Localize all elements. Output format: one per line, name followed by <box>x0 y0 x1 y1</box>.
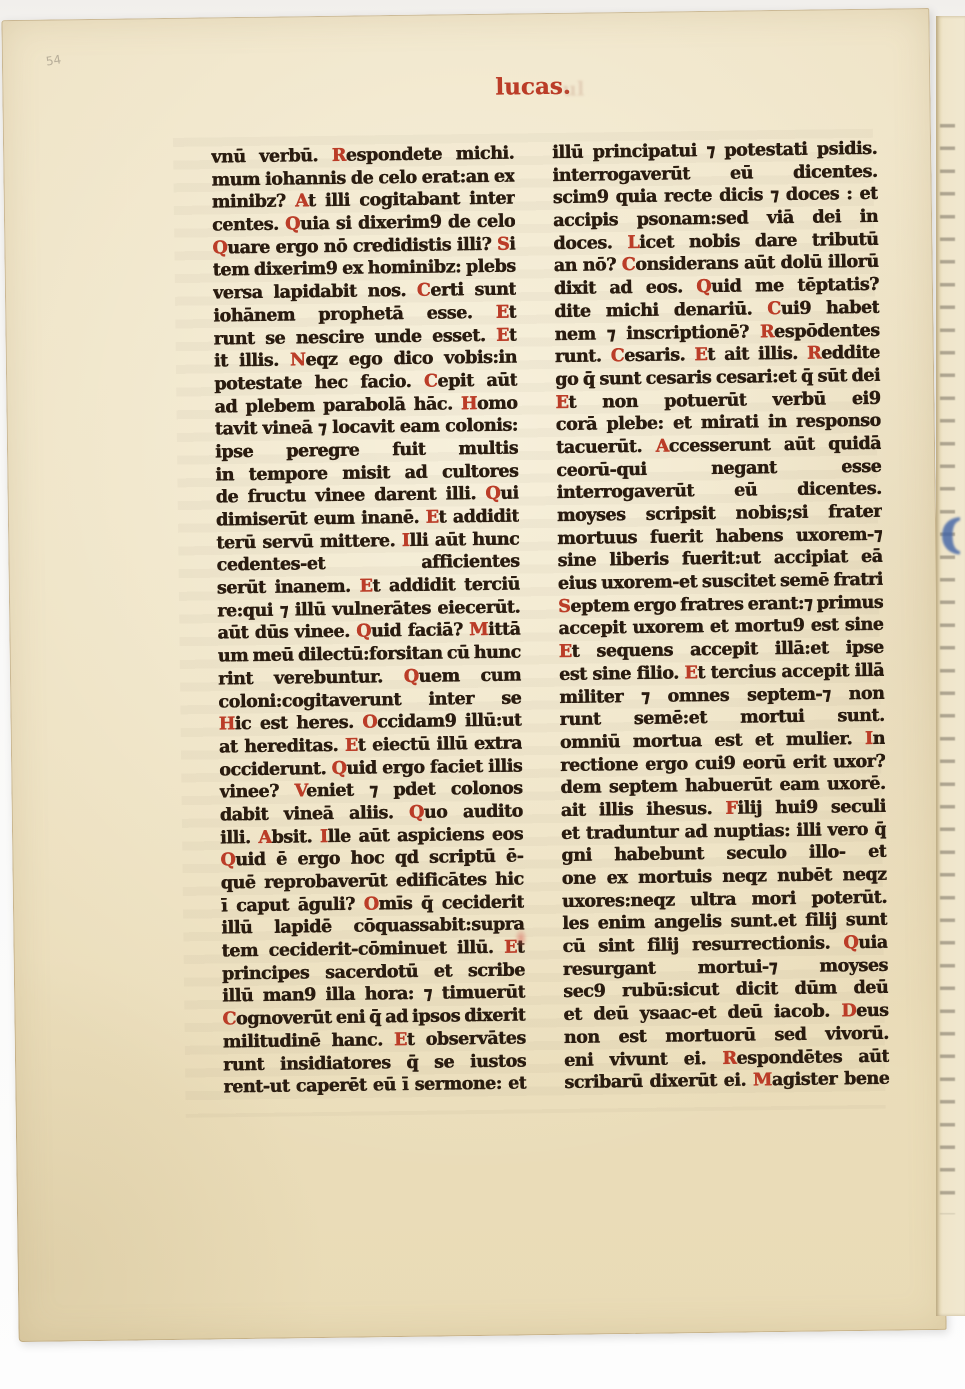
rubricated-initial: Q <box>485 484 500 504</box>
next-leaf-text-showthrough <box>940 124 955 1214</box>
rubricated-initial: E <box>425 507 438 527</box>
rubricated-initial: E <box>394 1030 407 1050</box>
rubricated-initial: R <box>807 344 821 364</box>
running-title: lucas. <box>495 72 615 104</box>
rubricated-initial: I <box>402 531 410 551</box>
rubricated-initial: E <box>694 345 707 365</box>
rubricated-initial: C <box>611 346 625 366</box>
rubricated-initial: L <box>627 233 639 253</box>
rubricated-initial: E <box>684 663 697 683</box>
rubricated-initial: S <box>558 596 570 616</box>
rubricated-initial: S <box>497 234 509 254</box>
rubricated-initial: Q <box>356 622 371 642</box>
rubricated-initial: Q <box>212 238 227 258</box>
rubricated-initial: N <box>290 350 306 370</box>
rubricated-initial: E <box>359 576 372 596</box>
rubricated-initial: C <box>424 371 438 391</box>
parchment-leaf: 54 lucas. ul vnū verbū. Respondete michi… <box>1 8 946 1342</box>
rubricated-initial: A <box>258 827 271 847</box>
rubricated-initial: I <box>320 827 328 847</box>
blue-initial-showthrough: C <box>940 508 960 570</box>
text-line: potestate hec facio. Cepit aūt dicere <box>214 369 517 396</box>
text-column-right: illū principatui ⁊ potestati psidis. Eti… <box>552 138 889 1095</box>
rubricated-initial: V <box>294 781 306 801</box>
text-line: militudinē hanc. Et observātes mise- <box>223 1027 526 1054</box>
rubricated-initial: Q <box>409 803 424 823</box>
rubricated-initial: H <box>218 714 234 734</box>
text-line: rent-ut caperēt eū ī sermone: et traderē… <box>223 1073 526 1100</box>
page-scan: 54 lucas. ul vnū verbū. Respondete michi… <box>0 0 965 1389</box>
rubricated-initial: E <box>559 642 572 662</box>
rubricated-initial: Q <box>696 277 711 297</box>
rubricated-initial: C <box>767 299 781 319</box>
rubricated-initial: O <box>362 712 377 732</box>
rubricated-initial: Q <box>285 214 300 234</box>
text-column-left: vnū verbū. Respondete michi. Baptis-mum … <box>211 142 526 1099</box>
rubricated-initial: A <box>655 436 668 456</box>
rubricated-initial: R <box>760 322 774 342</box>
rubricated-initial: E <box>345 735 358 755</box>
running-title-showthrough: ul <box>562 77 584 101</box>
rubricated-initial: Q <box>404 667 419 687</box>
rubricated-initial: M <box>753 1070 772 1090</box>
text-line: iohānem prophetā esse. Et responde- <box>213 301 516 328</box>
red-ink-smudge <box>512 925 529 951</box>
rubricated-initial: I <box>865 729 873 749</box>
rubricated-initial: M <box>469 620 488 640</box>
pencil-folio-number: 54 <box>45 52 62 68</box>
rubricated-initial: R <box>332 146 346 166</box>
rubricated-initial: A <box>295 192 308 212</box>
text-line: rint verebuntur. Quem cum vidissent <box>218 664 521 691</box>
text-line: scribarū dixerūt ei. Magister bene dixis… <box>564 1068 889 1095</box>
rubricated-initial: C <box>417 281 431 301</box>
rubricated-initial: E <box>555 392 568 412</box>
rubricated-initial: Q <box>220 850 235 870</box>
rubricated-initial: Q <box>331 758 346 778</box>
rubricated-initial: H <box>461 394 477 414</box>
rubricated-initial: Q <box>843 933 858 953</box>
rubricated-initial: C <box>222 1009 236 1029</box>
rubricated-initial: E <box>496 325 509 345</box>
rubricated-initial: O <box>364 894 379 914</box>
text-line: at hereditas. Et eiectū illū extra vineā <box>219 732 522 759</box>
rubricated-initial: R <box>722 1048 736 1068</box>
rubricated-initial: E <box>496 302 509 322</box>
rubricated-initial: C <box>622 255 636 275</box>
rubricated-initial: F <box>725 799 737 819</box>
next-leaf-edge: C <box>936 16 965 1316</box>
rubricated-initial: D <box>841 1001 856 1021</box>
